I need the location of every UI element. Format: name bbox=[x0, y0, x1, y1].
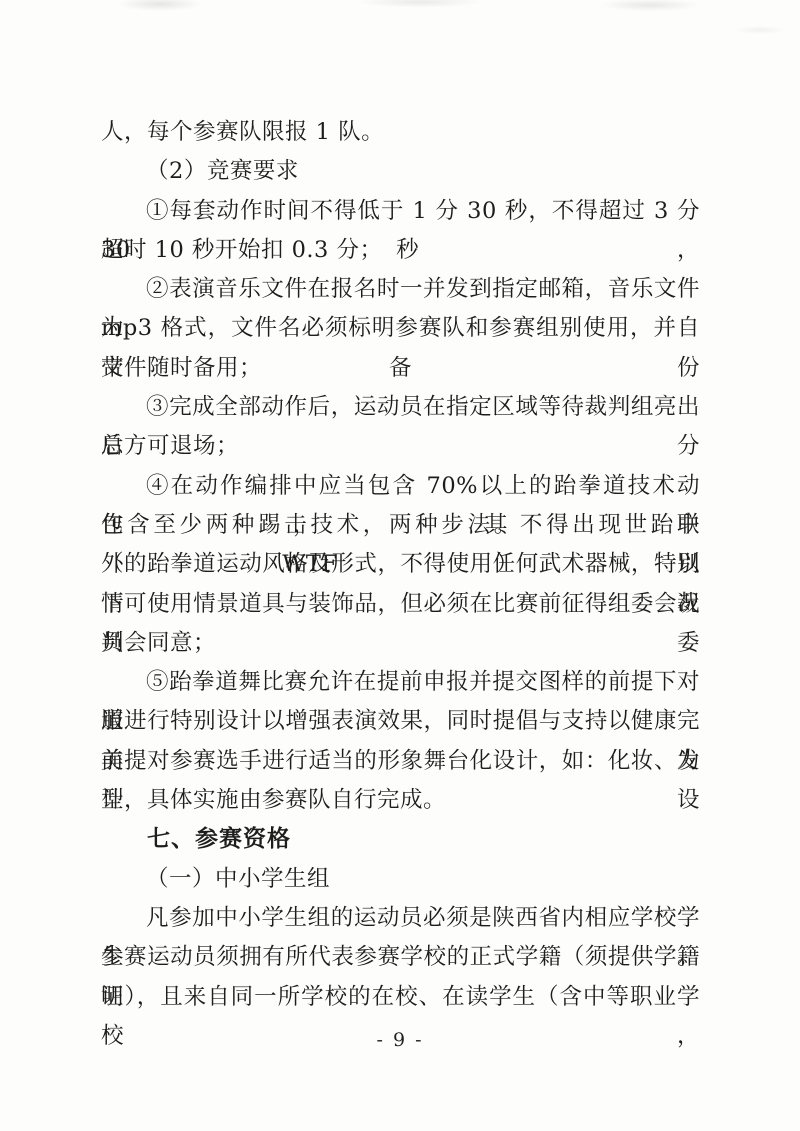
text-line: 明），且来自同一所学校的在校、在读学生（含中等职业学校， bbox=[101, 978, 700, 1017]
text-line: ④在动作编排中应当包含 70%以上的跆拳道技术动作，其中 bbox=[101, 467, 700, 506]
text-line: 服进行特别设计以增强表演效果，同时提倡与支持以健康完美为 bbox=[101, 702, 700, 741]
section-heading: 七、参赛资格 bbox=[101, 820, 700, 859]
page-number: - 9 - bbox=[0, 1029, 800, 1051]
text-line: （一）中小学生组 bbox=[101, 860, 700, 899]
document-body: 人，每个参赛队限报 1 队。（2）竞赛要求①每套动作时间不得低于 1 分 30 … bbox=[101, 113, 700, 1017]
text-line: ①每套动作时间不得低于 1 分 30 秒，不得超过 3 分 30 秒， bbox=[101, 192, 700, 231]
text-line: mp3 格式，文件名必须标明参赛队和参赛组别使用，并自带备份 bbox=[101, 309, 700, 348]
text-line: 参赛运动员须拥有所代表参赛学校的正式学籍（须提供学籍证 bbox=[101, 938, 700, 977]
text-line: 下可使用情景道具与装饰品，但必须在比赛前征得组委会裁判委 bbox=[101, 585, 700, 624]
text-line: 人，每个参赛队限报 1 队。 bbox=[101, 113, 700, 152]
text-line: （2）竞赛要求 bbox=[101, 152, 700, 191]
text-line: 包含至少两种踢击技术，两种步法。不得出现世跆联（WTF）以 bbox=[101, 506, 700, 545]
text-line: 外的跆拳道运动风格及形式，不得使用任何武术器械，特别情况 bbox=[101, 545, 700, 584]
text-line: ③完成全部动作后，运动员在指定区域等待裁判组亮出总分 bbox=[101, 388, 700, 427]
text-line: ②表演音乐文件在报名时一并发到指定邮箱，音乐文件为 bbox=[101, 270, 700, 309]
document-page: 人，每个参赛队限报 1 队。（2）竞赛要求①每套动作时间不得低于 1 分 30 … bbox=[0, 0, 800, 1131]
text-line: 凡参加中小学生组的运动员必须是陕西省内相应学校学生。 bbox=[101, 899, 700, 938]
text-line: 前提对参赛选手进行适当的形象舞台化设计，如：化妆、发型设 bbox=[101, 742, 700, 781]
text-line: ⑤跆拳道舞比赛允许在提前申报并提交图样的前提下对道 bbox=[101, 663, 700, 702]
